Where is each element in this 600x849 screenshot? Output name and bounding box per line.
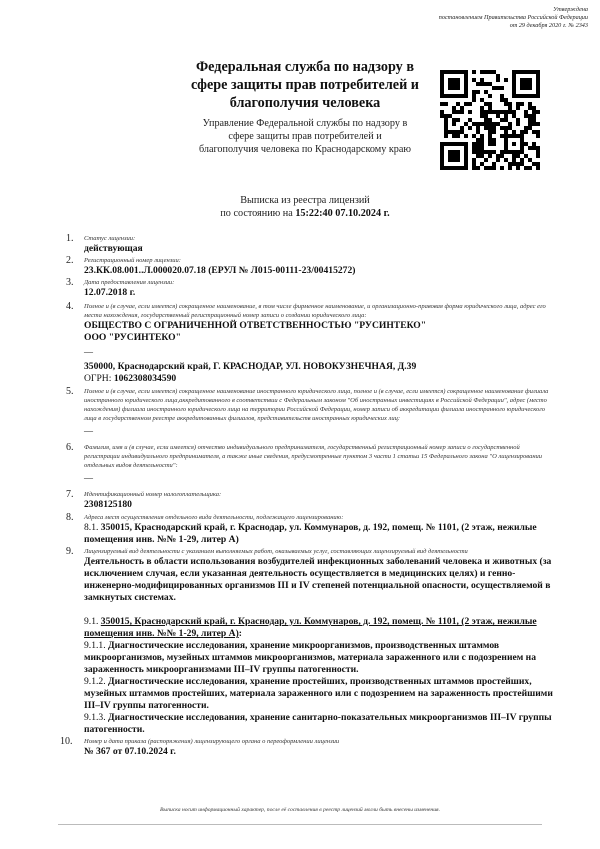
- approval-line: Утверждена: [348, 6, 588, 14]
- item-value: действующая: [84, 243, 556, 255]
- approval-line: постановлением Правительства Российской …: [348, 14, 588, 22]
- item-activity-addresses: 8. Адреса мест осуществления отдельного …: [66, 513, 556, 546]
- company-ogrn: ОГРН: 1062308034590: [84, 373, 556, 385]
- item-label: Статус лицензии:: [84, 234, 556, 243]
- footnote: Выписка носит информационный характер, п…: [60, 807, 540, 813]
- activity-address: 8.1. 350015, Краснодарский край, г. Крас…: [84, 522, 556, 546]
- item-number: 9.: [66, 547, 74, 557]
- item-value: —: [84, 426, 556, 437]
- sub-number: 9.1.1.: [84, 640, 108, 651]
- office-title: Управление Федеральной службы по надзору…: [170, 117, 440, 156]
- item-number: 2.: [66, 256, 74, 266]
- item-label: Идентификационный номер налогоплательщик…: [84, 490, 556, 499]
- office-title-line: благополучия человека по Краснодарскому …: [170, 143, 440, 156]
- work-text: Диагностические исследования, хранение п…: [84, 676, 553, 711]
- item-legal-entity: 4. Полное и (в случае, если имеется) сок…: [66, 302, 556, 385]
- item-inn: 7. Идентификационный номер налогоплатель…: [66, 490, 556, 511]
- work-text: Диагностические исследования, хранение с…: [84, 712, 552, 735]
- sub-number: 9.1.2.: [84, 676, 108, 687]
- item-number: 8.: [66, 513, 74, 523]
- item-label: Фамилия, имя и (в случае, если имеется) …: [84, 443, 556, 470]
- work-item: 9.1.1. Диагностические исследования, хра…: [84, 640, 556, 676]
- extract-heading: Выписка из реестра лицензий по состоянию…: [170, 194, 440, 220]
- company-address: 350000, Краснодарский край, Г. КРАСНОДАР…: [84, 361, 556, 373]
- ogrn-value: 1062308034590: [114, 373, 176, 384]
- item-reissue-order: 10. Номер и дата приказа (распоряжения) …: [66, 737, 556, 758]
- item-license-status: 1. Статус лицензии: действующая: [66, 234, 556, 255]
- item-value: 23.КК.08.001..Л.000020.07.18 (ЕРУЛ № Л01…: [84, 265, 556, 277]
- activity-description: Деятельность в области использования воз…: [84, 556, 556, 604]
- extract-date-value: 15:22:40 07.10.2024 г.: [295, 208, 389, 219]
- license-items: 1. Статус лицензии: действующая 2. Регис…: [66, 234, 556, 759]
- work-item: 9.1.2. Диагностические исследования, хра…: [84, 676, 556, 712]
- work-text: Диагностические исследования, хранение м…: [84, 640, 536, 675]
- activity-address-value: 350015, Краснодарский край, г. Краснодар…: [84, 522, 537, 545]
- extract-date-line: по состоянию на 15:22:40 07.10.2024 г.: [170, 207, 440, 220]
- extract-title: Выписка из реестра лицензий: [170, 194, 440, 207]
- extract-date-prefix: по состоянию на: [220, 208, 295, 219]
- sub-number: 8.1.: [84, 522, 101, 533]
- approval-note: Утверждена постановлением Правительства …: [348, 6, 588, 30]
- company-short-name: ООО "РУСИНТЕКО": [84, 332, 556, 344]
- divider: [58, 824, 542, 825]
- activity-site: 9.1. 350015, Краснодарский край, г. Крас…: [84, 616, 556, 640]
- item-number: 3.: [66, 278, 74, 288]
- office-title-line: Управление Федеральной службы по надзору…: [170, 117, 440, 130]
- agency-title: Федеральная служба по надзору в сфере за…: [175, 58, 435, 112]
- sub-number: 9.1.3.: [84, 712, 108, 723]
- agency-title-line: сфере защиты прав потребителей и: [175, 76, 435, 94]
- item-value: № 367 от 07.10.2024 г.: [84, 746, 556, 758]
- item-value: 2308125180: [84, 499, 556, 511]
- item-label: Регистрационный номер лицензии:: [84, 256, 556, 265]
- sub-number: 9.1.: [84, 616, 101, 627]
- item-number: 1.: [66, 234, 74, 244]
- item-value: —: [84, 473, 556, 484]
- colon: :: [239, 628, 242, 639]
- item-label: Полное и (в случае, если имеется) сокращ…: [84, 302, 556, 320]
- item-label: Лицензируемый вид деятельности с указани…: [84, 547, 556, 556]
- item-number: 10.: [60, 737, 73, 747]
- agency-title-line: Федеральная служба по надзору в: [175, 58, 435, 76]
- item-label: Дата предоставления лицензии:: [84, 278, 556, 287]
- item-number: 4.: [66, 302, 74, 312]
- item-number: 6.: [66, 443, 74, 453]
- item-individual-entrepreneur: 6. Фамилия, имя и (в случае, если имеетс…: [66, 443, 556, 484]
- qr-code-icon: [440, 70, 540, 170]
- work-item: 9.1.3. Диагностические исследования, хра…: [84, 712, 556, 736]
- item-value: 12.07.2018 г.: [84, 287, 556, 299]
- item-label: Номер и дата приказа (распоряжения) лице…: [84, 737, 556, 746]
- activity-site-address: 350015, Краснодарский край, г. Краснодар…: [84, 616, 537, 639]
- company-full-name: ОБЩЕСТВО С ОГРАНИЧЕННОЙ ОТВЕТСТВЕННОСТЬЮ…: [84, 320, 556, 332]
- item-number: 7.: [66, 490, 74, 500]
- office-title-line: сфере защиты прав потребителей и: [170, 130, 440, 143]
- item-number: 5.: [66, 387, 74, 397]
- ogrn-label: ОГРН:: [84, 373, 114, 384]
- approval-line: от 29 декабря 2020 г. № 2343: [348, 22, 588, 30]
- item-label: Адреса мест осуществления отдельного вид…: [84, 513, 556, 522]
- item-foreign-entity: 5. Полное и (в случае, если имеется) сок…: [66, 387, 556, 437]
- item-issue-date: 3. Дата предоставления лицензии: 12.07.2…: [66, 278, 556, 299]
- item-registration-number: 2. Регистрационный номер лицензии: 23.КК…: [66, 256, 556, 277]
- item-licensed-activity: 9. Лицензируемый вид деятельности с указ…: [66, 547, 556, 736]
- empty-dash: —: [84, 347, 556, 358]
- item-label: Полное и (в случае, если имеется) сокращ…: [84, 387, 556, 423]
- agency-title-line: благополучия человека: [175, 94, 435, 112]
